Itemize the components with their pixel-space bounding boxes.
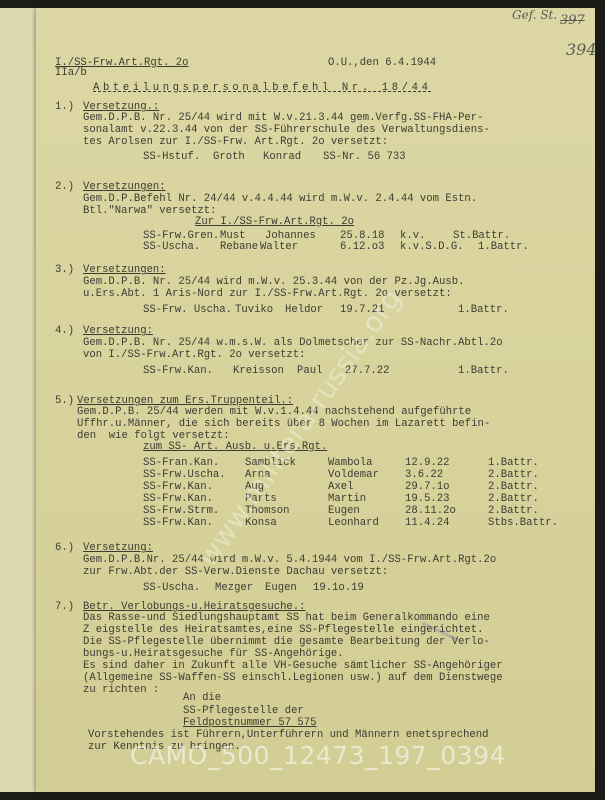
entry-birthdate: 19.5.23 bbox=[405, 493, 450, 505]
personnel-order-document: Gef. St. 397 394 I./SS-Frw.Art.Rgt. 2o I… bbox=[0, 0, 605, 800]
crossed-page-number: 397 bbox=[560, 15, 585, 27]
section-3-line: Gem.D.P.B. Nr. 25/44 wird m.W.v. 25.3.44… bbox=[83, 276, 464, 288]
entry-surname: Mezger bbox=[215, 582, 253, 594]
entry-rank: SS-Uscha. bbox=[143, 582, 200, 594]
section-1-line: Gem.D.P.B. Nr. 25/44 wird mit W.v.21.3.4… bbox=[83, 112, 484, 124]
entry-birthdate: 12.9.22 bbox=[405, 457, 450, 469]
entry-battery: 2.Battr. bbox=[488, 493, 539, 505]
entry-first-name: Voldemar bbox=[328, 469, 379, 481]
entry-ss-number: SS-Nr. 56 733 bbox=[323, 151, 406, 163]
address-feldpost: Feldpostnummer 57 575 bbox=[183, 717, 317, 729]
section-2-line: Gem.D.P.Befehl Nr. 24/44 v.4.4.44 wird m… bbox=[83, 193, 477, 205]
section-1-line: tes Arolsen zur I./SS-Frw. Art.Rgt. 2o v… bbox=[83, 136, 388, 148]
section-7-number: 7.) bbox=[55, 601, 74, 613]
entry-surname: Groth bbox=[213, 151, 245, 163]
address-line: An die bbox=[183, 692, 221, 704]
section-7-line: Das Rasse-und Siedlungshauptamt SS hat b… bbox=[83, 612, 490, 624]
section-3-number: 3.) bbox=[55, 264, 74, 276]
section-7-line: bungs-u.Heiratsgesuche für SS-Angehörige… bbox=[83, 648, 344, 660]
entry-battery: 1.Battr. bbox=[488, 457, 539, 469]
entry-birthdate: 3.6.22 bbox=[405, 469, 443, 481]
section-1-line: sonalamt v.22.3.44 von der SS-Führerschu… bbox=[83, 124, 490, 136]
entry-first-name: Eugen bbox=[328, 505, 360, 517]
section-7-line: Es sind daher in Zukunft alle VH-Gesuche… bbox=[83, 660, 503, 672]
entry-battery: 2.Battr. bbox=[488, 505, 539, 517]
section-5-line: Gem.D.P.B. 25/44 werden mit W.v.1.4.44 n… bbox=[77, 406, 471, 418]
unit-reference: IIa/b bbox=[55, 67, 87, 79]
section-6-number: 6.) bbox=[55, 542, 74, 554]
entry-rank: SS-Uscha. bbox=[143, 241, 200, 253]
entry-first-name: Heldor bbox=[285, 304, 323, 316]
section-2-subheading: Zur I./SS-Frw.Art.Rgt. 2o bbox=[195, 216, 354, 228]
entry-rank: SS-Frw.Kan. bbox=[143, 365, 213, 377]
entry-birthdate: 11.4.24 bbox=[405, 517, 450, 529]
place-date: O.U.,den 6.4.1944 bbox=[328, 57, 436, 69]
entry-birthdate: 29.7.1o bbox=[405, 481, 450, 493]
entry-first-name: Wambola bbox=[328, 457, 373, 469]
entry-battery: Stbs.Battr. bbox=[488, 517, 558, 529]
handwritten-note: Gef. St. bbox=[512, 9, 557, 21]
section-6-line: Gem.D.P.B.Nr. 25/44 wird m.W.v. 5.4.1944… bbox=[83, 554, 496, 566]
entry-rank: SS-Frw.Kan. bbox=[143, 517, 213, 529]
entry-surname: Tuviko bbox=[235, 304, 273, 316]
section-6-line: zur Frw.Abt.der SS-Verw.Dienste Dachau v… bbox=[83, 566, 388, 578]
document-title: Abteilungspersonalbefehl Nr. 18/44 bbox=[93, 82, 432, 94]
archive-page-number: 394 bbox=[566, 44, 597, 56]
entry-surname: Kreisson bbox=[233, 365, 284, 377]
entry-battery: 2.Battr. bbox=[488, 469, 539, 481]
section-2-number: 2.) bbox=[55, 181, 74, 193]
section-5-number: 5.) bbox=[55, 395, 74, 407]
section-4-number: 4.) bbox=[55, 325, 74, 337]
entry-rank: SS-Fran.Kan. bbox=[143, 457, 219, 469]
entry-rank: SS-Frw.Strm. bbox=[143, 505, 219, 517]
section-3-heading: Versetzungen: bbox=[83, 264, 166, 276]
entry-first-name: Walter bbox=[260, 241, 298, 253]
entry-birthdate: 28.11.2o bbox=[405, 505, 456, 517]
section-4-heading: Versetzung: bbox=[83, 325, 153, 337]
entry-battery: 1.Battr. bbox=[458, 304, 509, 316]
section-4-line: von I./SS-Frw.Art.Rgt. 2o versetzt: bbox=[83, 349, 306, 361]
entry-rank: SS-Frw. Uscha. bbox=[143, 304, 232, 316]
address-line: SS-Pflegestelle der bbox=[183, 705, 304, 717]
section-4-line: Gem.D.P.B. Nr. 25/44 w.m.s.W. als Dolmet… bbox=[83, 337, 503, 349]
archive-id-watermark: CAMO_500_12473_197_0394 bbox=[130, 750, 506, 762]
section-7-line: (Allgemeine SS-Waffen-SS einschl.Legione… bbox=[83, 672, 503, 684]
section-6-heading: Versetzung: bbox=[83, 542, 153, 554]
entry-rank: SS-Hstuf. bbox=[143, 151, 200, 163]
entry-first-name: Martin bbox=[328, 493, 366, 505]
closing-line: Vorstehendes ist Führern,Unterführern un… bbox=[88, 729, 489, 741]
entry-rank: SS-Frw.Uscha. bbox=[143, 469, 226, 481]
entry-first-name: Konrad bbox=[263, 151, 301, 163]
entry-rank: SS-Frw.Kan. bbox=[143, 481, 213, 493]
entry-birthdate: 6.12.o3 bbox=[340, 241, 385, 253]
entry-first-name: Eugen bbox=[265, 582, 297, 594]
entry-first-name: Axel bbox=[328, 481, 353, 493]
section-7-line: zu richten : bbox=[83, 684, 159, 696]
section-2-heading: Versetzungen: bbox=[83, 181, 166, 193]
entry-first-name: Leonhard bbox=[328, 517, 379, 529]
entry-birthdate: 19.1o.19 bbox=[313, 582, 364, 594]
entry-battery: 1.Battr. bbox=[478, 241, 529, 253]
entry-battery: 1.Battr. bbox=[458, 365, 509, 377]
entry-battery: 2.Battr. bbox=[488, 481, 539, 493]
entry-rank: SS-Frw.Kan. bbox=[143, 493, 213, 505]
entry-status: k.v.S.D.G. bbox=[400, 241, 464, 253]
entry-surname: Rebane bbox=[220, 241, 258, 253]
section-1-number: 1.) bbox=[55, 101, 74, 113]
section-7-line: Die SS-Pflegestelle übernimmt die gesamt… bbox=[83, 636, 490, 648]
